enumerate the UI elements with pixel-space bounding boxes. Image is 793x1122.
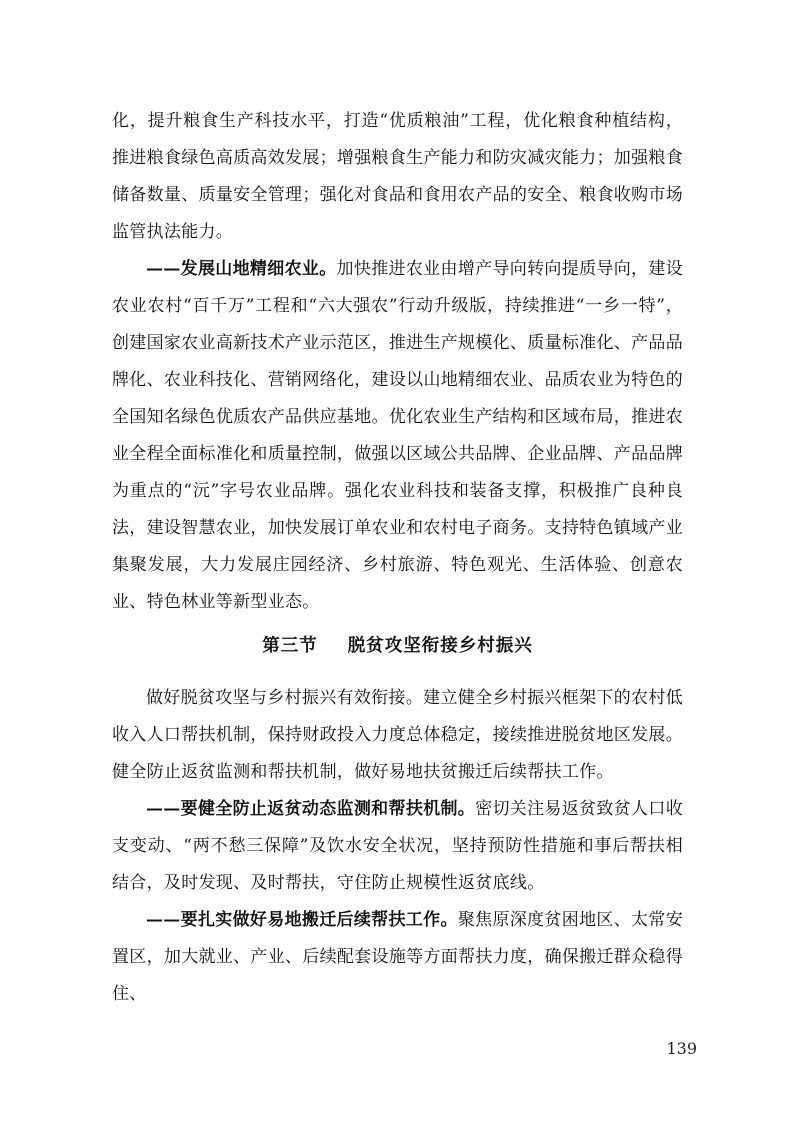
section-heading: 第三节脱贫攻坚衔接乡村振兴 [112, 628, 683, 665]
paragraph-bold-lead: ——发展山地精细农业。 [146, 259, 337, 279]
document-page: 化，提升粮食生产科技水平，打造“优质粮油”工程，优化粮食种植结构，推进粮食绿色高… [0, 0, 793, 1122]
paragraph-bold-lead: ——要健全防止返贫动态监测和帮扶机制。 [146, 799, 475, 819]
paragraph-grain-policy-continuation: 化，提升粮食生产科技水平，打造“优质粮油”工程，优化粮食种植结构，推进粮食绿色高… [112, 103, 683, 251]
paragraph-bold-lead: ——要扎实做好易地搬迁后续帮扶工作。 [146, 910, 458, 930]
paragraph-poverty-return-monitoring: ——要健全防止返贫动态监测和帮扶机制。密切关注易返贫致贫人口收支变动、“两不愁三… [112, 791, 683, 902]
paragraph-text: 化，提升粮食生产科技水平，打造“优质粮油”工程，优化粮食种植结构，推进粮食绿色高… [112, 111, 683, 242]
section-number: 第三节 [262, 636, 318, 656]
paragraph-mountain-precision-agriculture: ——发展山地精细农业。加快推进农业由增产导向转向提质导向，建设农业农村“百千万”… [112, 251, 683, 621]
paragraph-relocation-follow-up-support: ——要扎实做好易地搬迁后续帮扶工作。聚焦原深度贫困地区、太常安置区，加大就业、产… [112, 902, 683, 1013]
page-number: 139 [666, 1038, 697, 1060]
paragraph-text: 做好脱贫攻坚与乡村振兴有效衔接。建立健全乡村振兴框架下的农村低收入人口帮扶机制，… [112, 688, 683, 782]
paragraph-poverty-alleviation-linkage: 做好脱贫攻坚与乡村振兴有效衔接。建立健全乡村振兴框架下的农村低收入人口帮扶机制，… [112, 680, 683, 791]
paragraph-text: 加快推进农业由增产导向转向提质导向，建设农业农村“百千万”工程和“六大强农”行动… [112, 259, 683, 612]
text-block: 化，提升粮食生产科技水平，打造“优质粮油”工程，优化粮食种植结构，推进粮食绿色高… [112, 103, 683, 1013]
section-title: 脱贫攻坚衔接乡村振兴 [348, 636, 533, 656]
